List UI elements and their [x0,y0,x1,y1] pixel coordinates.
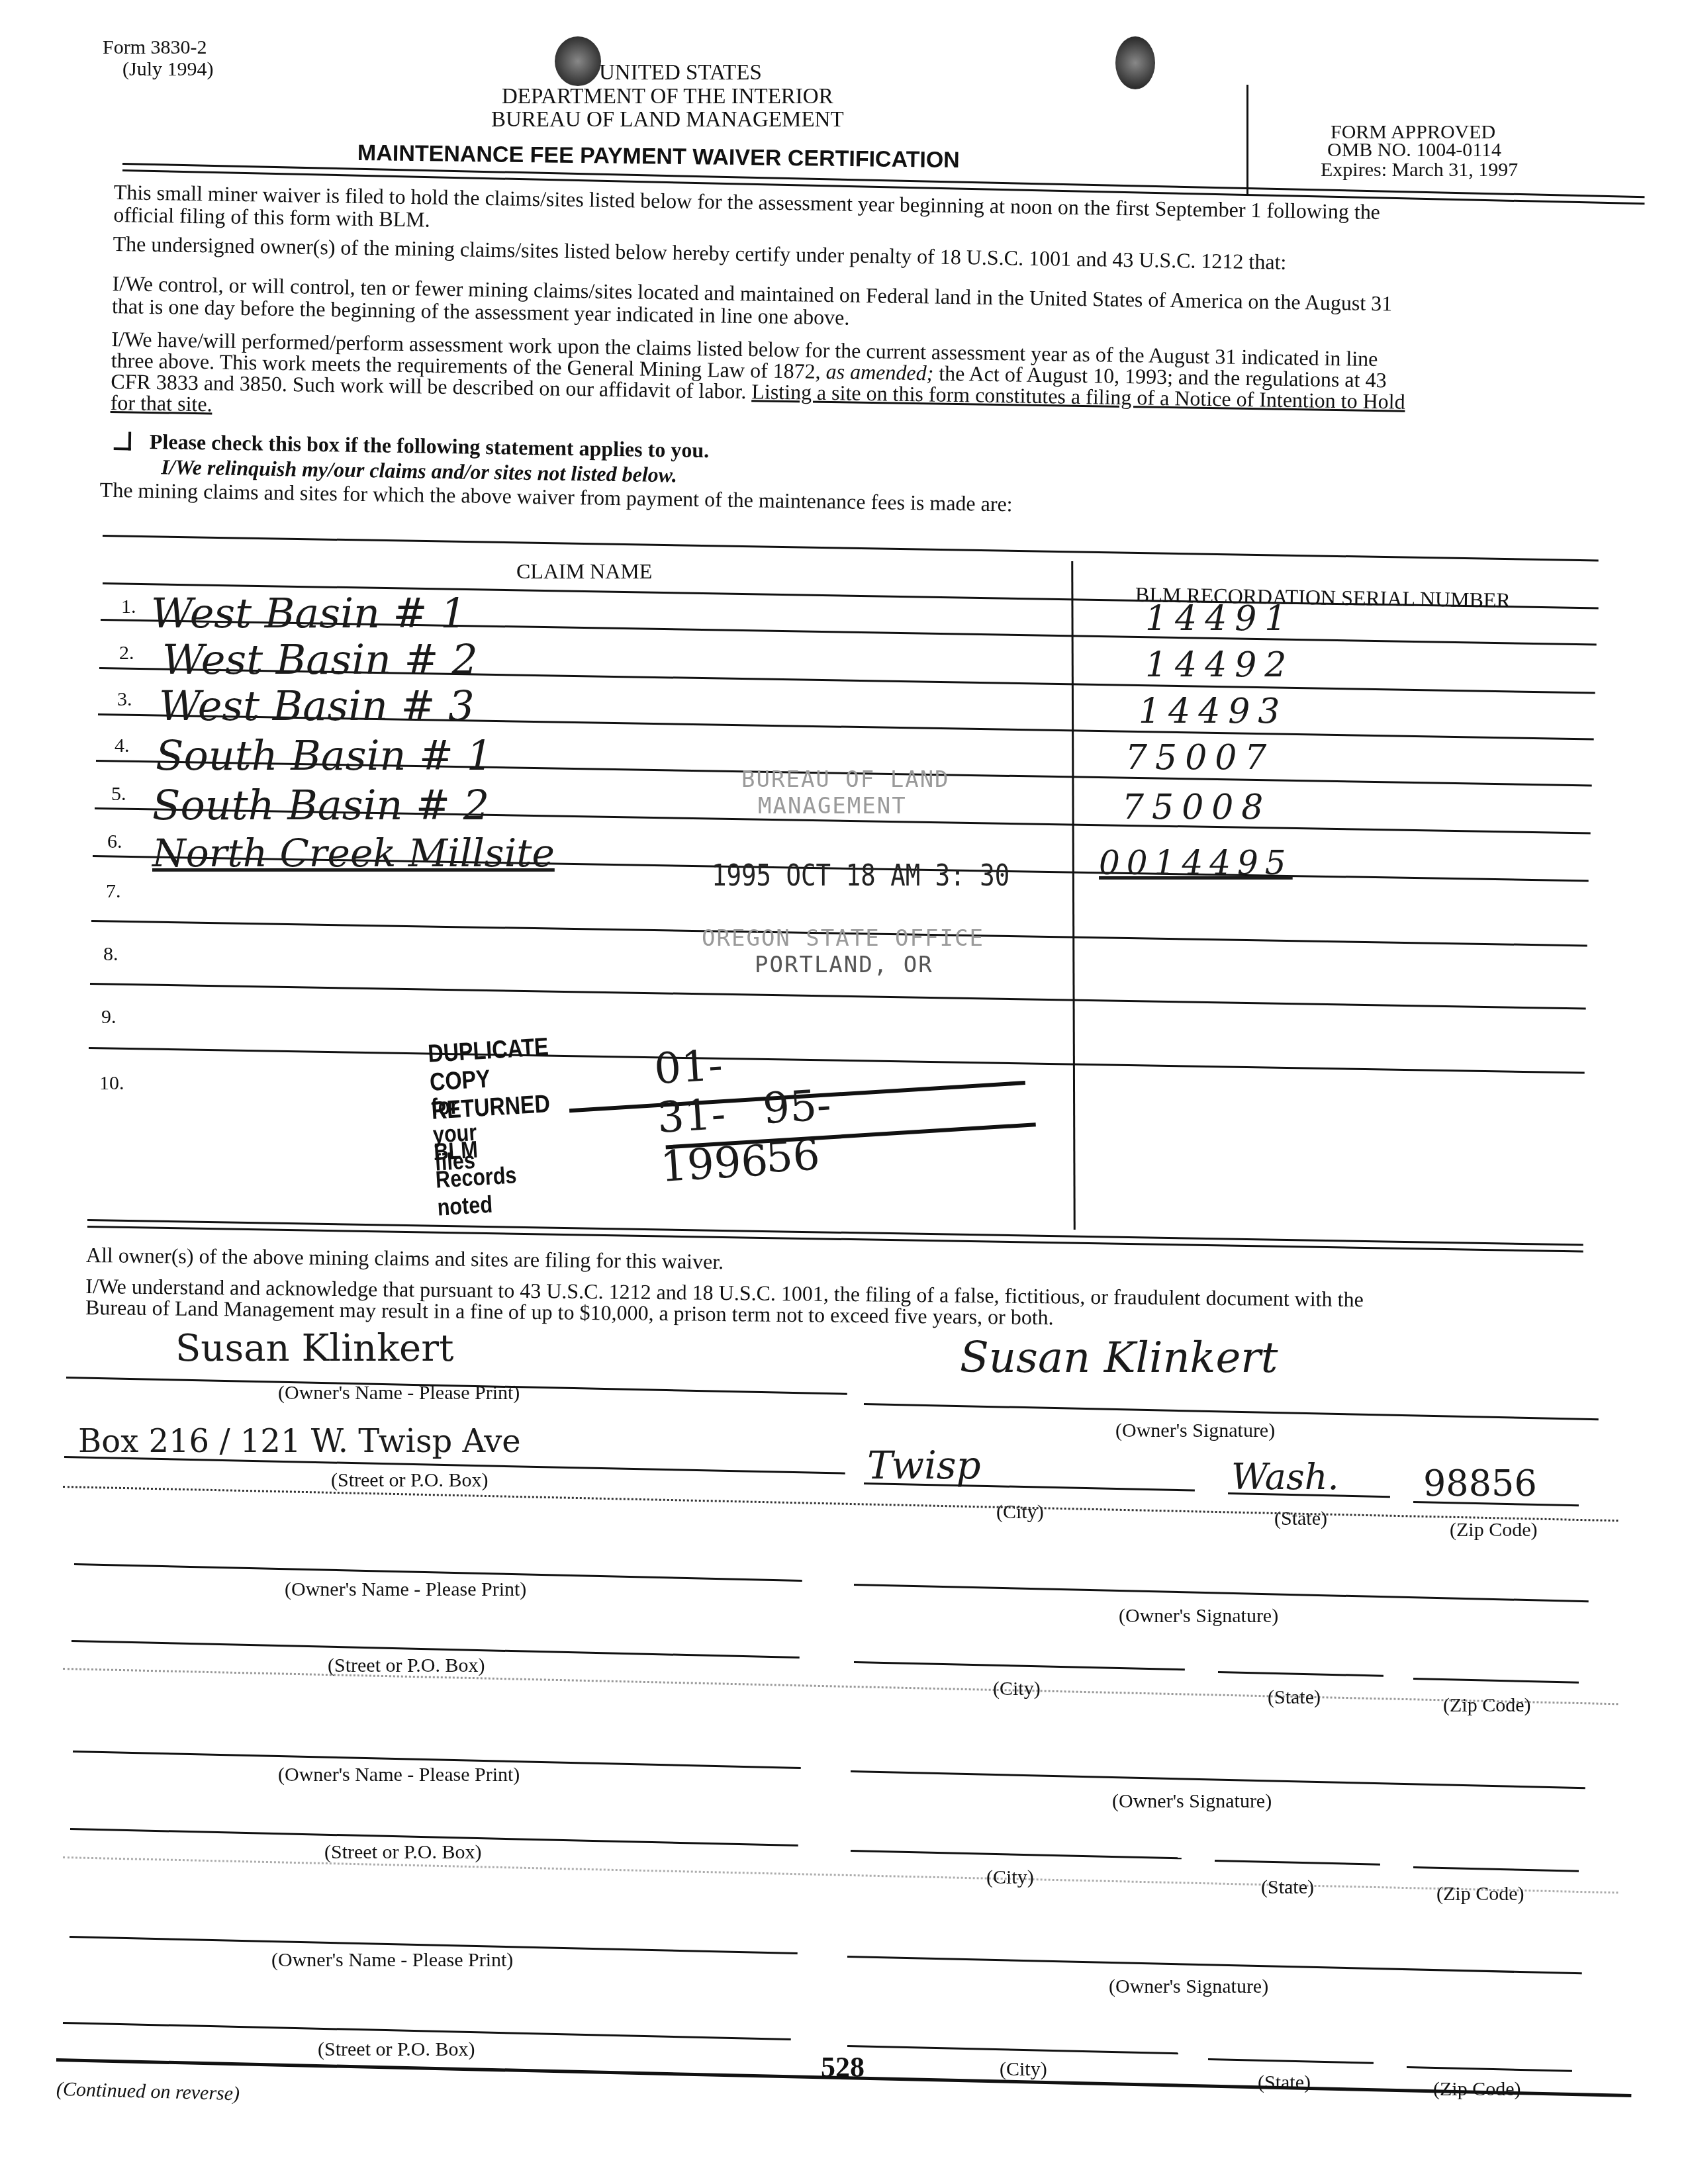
street-field[interactable]: Box 216 / 121 W. Twisp Ave [78,1423,521,1460]
zip-caption: (Zip Code) [1436,1883,1524,1905]
zip-caption: (Zip Code) [1450,1519,1537,1541]
row-number: 2. [119,642,134,664]
duplicate-records-number[interactable]: 95-56 [761,1081,835,1183]
claim-name-field[interactable]: South Basin # 2 [152,781,489,829]
claim-name-field[interactable]: South Basin # 1 [156,731,492,780]
agency-line-2: DEPARTMENT OF THE INTERIOR [502,85,833,109]
serial-number-field[interactable]: 14493 [1139,692,1288,731]
state-caption: (State) [1258,2071,1311,2094]
serial-number-field[interactable]: 75008 [1122,788,1271,827]
row-number: 6. [107,831,122,853]
owner-name-caption: (Owner's Name - Please Print) [285,1578,526,1601]
owner-name-field[interactable]: Susan Klinkert [175,1327,454,1370]
stamp-received-datetime: 1995 OCT 18 AM 3: 30 [712,859,1009,893]
zip-rule [1407,2066,1572,2072]
owner-signature-rule [847,1956,1582,1974]
street-caption: (Street or P.O. Box) [331,1469,488,1492]
form-title: MAINTENANCE FEE PAYMENT WAIVER CERTIFICA… [357,140,960,173]
owner-signature-rule [864,1403,1599,1420]
table-bottom-rule [87,1219,1583,1246]
row-number: 10. [99,1072,124,1095]
form-date: (July 1994) [122,58,214,81]
agency-line-1: UNITED STATES [599,61,762,85]
owner-signature-caption: (Owner's Signature) [1112,1790,1272,1813]
row-number: 4. [115,735,130,757]
table-top-rule [103,535,1599,561]
claim-name-field[interactable]: North Creek Millsite [152,831,555,876]
owner-separator [63,1486,1618,1522]
continued-on-reverse: (Continued on reverse) [56,2078,240,2105]
street-caption: (Street or P.O. Box) [318,2038,475,2061]
seal-mark-icon [1115,36,1155,89]
stamp-agency-line-1: BUREAU OF LAND [741,766,950,793]
row-number: 8. [103,943,118,966]
city-rule [854,1661,1185,1670]
city-caption: (City) [996,1501,1044,1524]
column-header-claim-name: CLAIM NAME [516,559,652,584]
header-divider [1246,85,1248,196]
state-caption: (State) [1261,1876,1314,1899]
owner-signature-caption: (Owner's Signature) [1119,1605,1278,1627]
city-rule [851,1850,1182,1859]
approval-line-3: Expires: March 31, 1997 [1321,159,1518,181]
row-rule [89,1047,1585,1073]
state-rule [1215,1860,1380,1866]
owner-signature-field[interactable]: Susan Klinkert [960,1334,1278,1383]
form-number: Form 3830-2 [103,36,207,59]
zip-caption: (Zip Code) [1443,1694,1530,1717]
claim-name-field[interactable]: West Basin # 1 [151,589,467,637]
all-owners-statement: All owner(s) of the above mining claims … [86,1243,724,1273]
owner-signature-rule [854,1584,1589,1602]
row-number: 7. [106,880,121,903]
owner-signature-caption: (Owner's Signature) [1109,1976,1268,1998]
state-caption: (State) [1274,1508,1327,1530]
owner-separator [63,1668,1618,1705]
owner-name-caption: (Owner's Name - Please Print) [271,1949,513,1972]
work-paragraph-line-4: for that site. [111,390,212,416]
stamp-office-line-1: OREGON STATE OFFICE [702,925,984,952]
city-rule [847,2045,1178,2054]
city-field[interactable]: Twisp [867,1443,981,1488]
doi-seal-icon [555,36,601,86]
row-number: 5. [111,783,126,805]
undersigned-paragraph: The undersigned owner(s) of the mining c… [113,232,1286,274]
relinquish-checkbox[interactable] [114,432,131,450]
city-caption: (City) [1000,2058,1047,2081]
approval-line-2: OMB NO. 1004-0114 [1327,139,1501,161]
owner-separator [63,1856,1618,1893]
state-rule [1218,1671,1383,1677]
duplicate-files-date[interactable]: 01-31-1996 [653,1038,769,1192]
owner-signature-rule [851,1770,1585,1789]
state-rule [1208,2058,1374,2064]
serial-number-field[interactable]: 0014495 [1099,844,1293,882]
zip-rule [1413,1866,1579,1872]
agency-line-3: BUREAU OF LAND MANAGEMENT [491,108,844,132]
owner-signature-caption: (Owner's Signature) [1115,1420,1275,1442]
row-rule [90,983,1586,1009]
zip-field[interactable]: 98856 [1423,1463,1537,1504]
stamp-office-line-2: PORTLAND, OR [755,952,933,978]
serial-number-field[interactable]: 14491 [1145,599,1294,639]
serial-number-field[interactable]: 14492 [1145,645,1294,685]
state-field[interactable]: Wash. [1231,1456,1339,1498]
street-caption: (Street or P.O. Box) [324,1841,481,1864]
street-rule [63,2022,791,2040]
owner-name-caption: (Owner's Name - Please Print) [278,1382,520,1404]
table-column-divider [1071,561,1076,1230]
owner-name-caption: (Owner's Name - Please Print) [278,1764,520,1786]
claim-name-field[interactable]: West Basin # 3 [159,682,475,730]
row-number: 3. [117,688,132,711]
stamp-agency-line-2: MANAGEMENT [758,793,907,819]
duplicate-records-label: BLM Records noted [433,1133,519,1221]
page-number: 528 [821,2050,865,2084]
zip-rule [1413,1678,1579,1684]
serial-number-field[interactable]: 75007 [1125,738,1274,778]
row-number: 9. [101,1006,117,1028]
row-number: 1. [121,596,136,618]
claim-name-field[interactable]: West Basin # 2 [162,635,478,684]
intro-paragraph-line-2: official filing of this form with BLM. [113,203,430,232]
